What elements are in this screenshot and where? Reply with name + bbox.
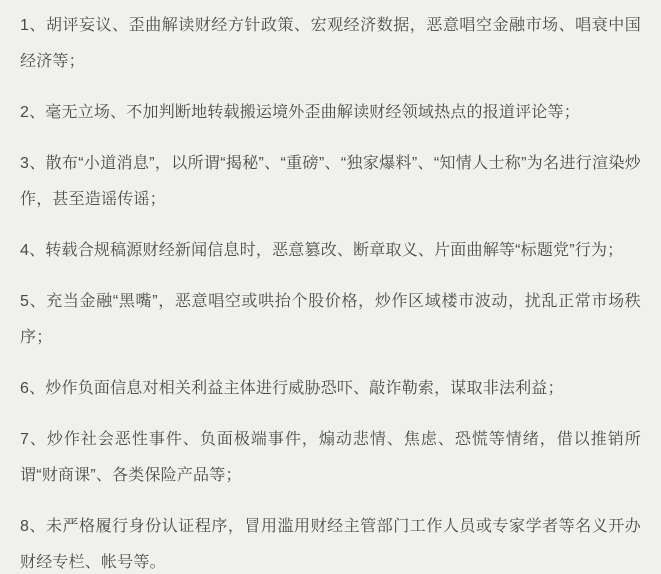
list-item-8: 8、未严格履行身份认证程序，冒用滥用财经主管部门工作人员或专家学者等名义开办财经… [20, 509, 641, 574]
article-body: 1、胡评妄议、歪曲解读财经方针政策、宏观经济数据，恶意唱空金融市场、唱衰中国经济… [0, 0, 661, 574]
list-item-4: 4、转载合规稿源财经新闻信息时，恶意篡改、断章取义、片面曲解等“标题党”行为； [20, 233, 641, 269]
list-item-1: 1、胡评妄议、歪曲解读财经方针政策、宏观经济数据，恶意唱空金融市场、唱衰中国经济… [20, 8, 641, 80]
list-item-5: 5、充当金融“黑嘴”，恶意唱空或哄抬个股价格，炒作区域楼市波动，扰乱正常市场秩序… [20, 284, 641, 356]
list-item-2: 2、毫无立场、不加判断地转载搬运境外歪曲解读财经领域热点的报道评论等； [20, 95, 641, 131]
list-item-3: 3、散布“小道消息”，以所谓“揭秘”、“重磅”、“独家爆料”、“知情人士称”为名… [20, 146, 641, 218]
list-item-6: 6、炒作负面信息对相关利益主体进行威胁恐吓、敲诈勒索，谋取非法利益； [20, 371, 641, 407]
list-item-7: 7、炒作社会恶性事件、负面极端事件，煽动悲情、焦虑、恐慌等情绪，借以推销所谓“财… [20, 422, 641, 494]
